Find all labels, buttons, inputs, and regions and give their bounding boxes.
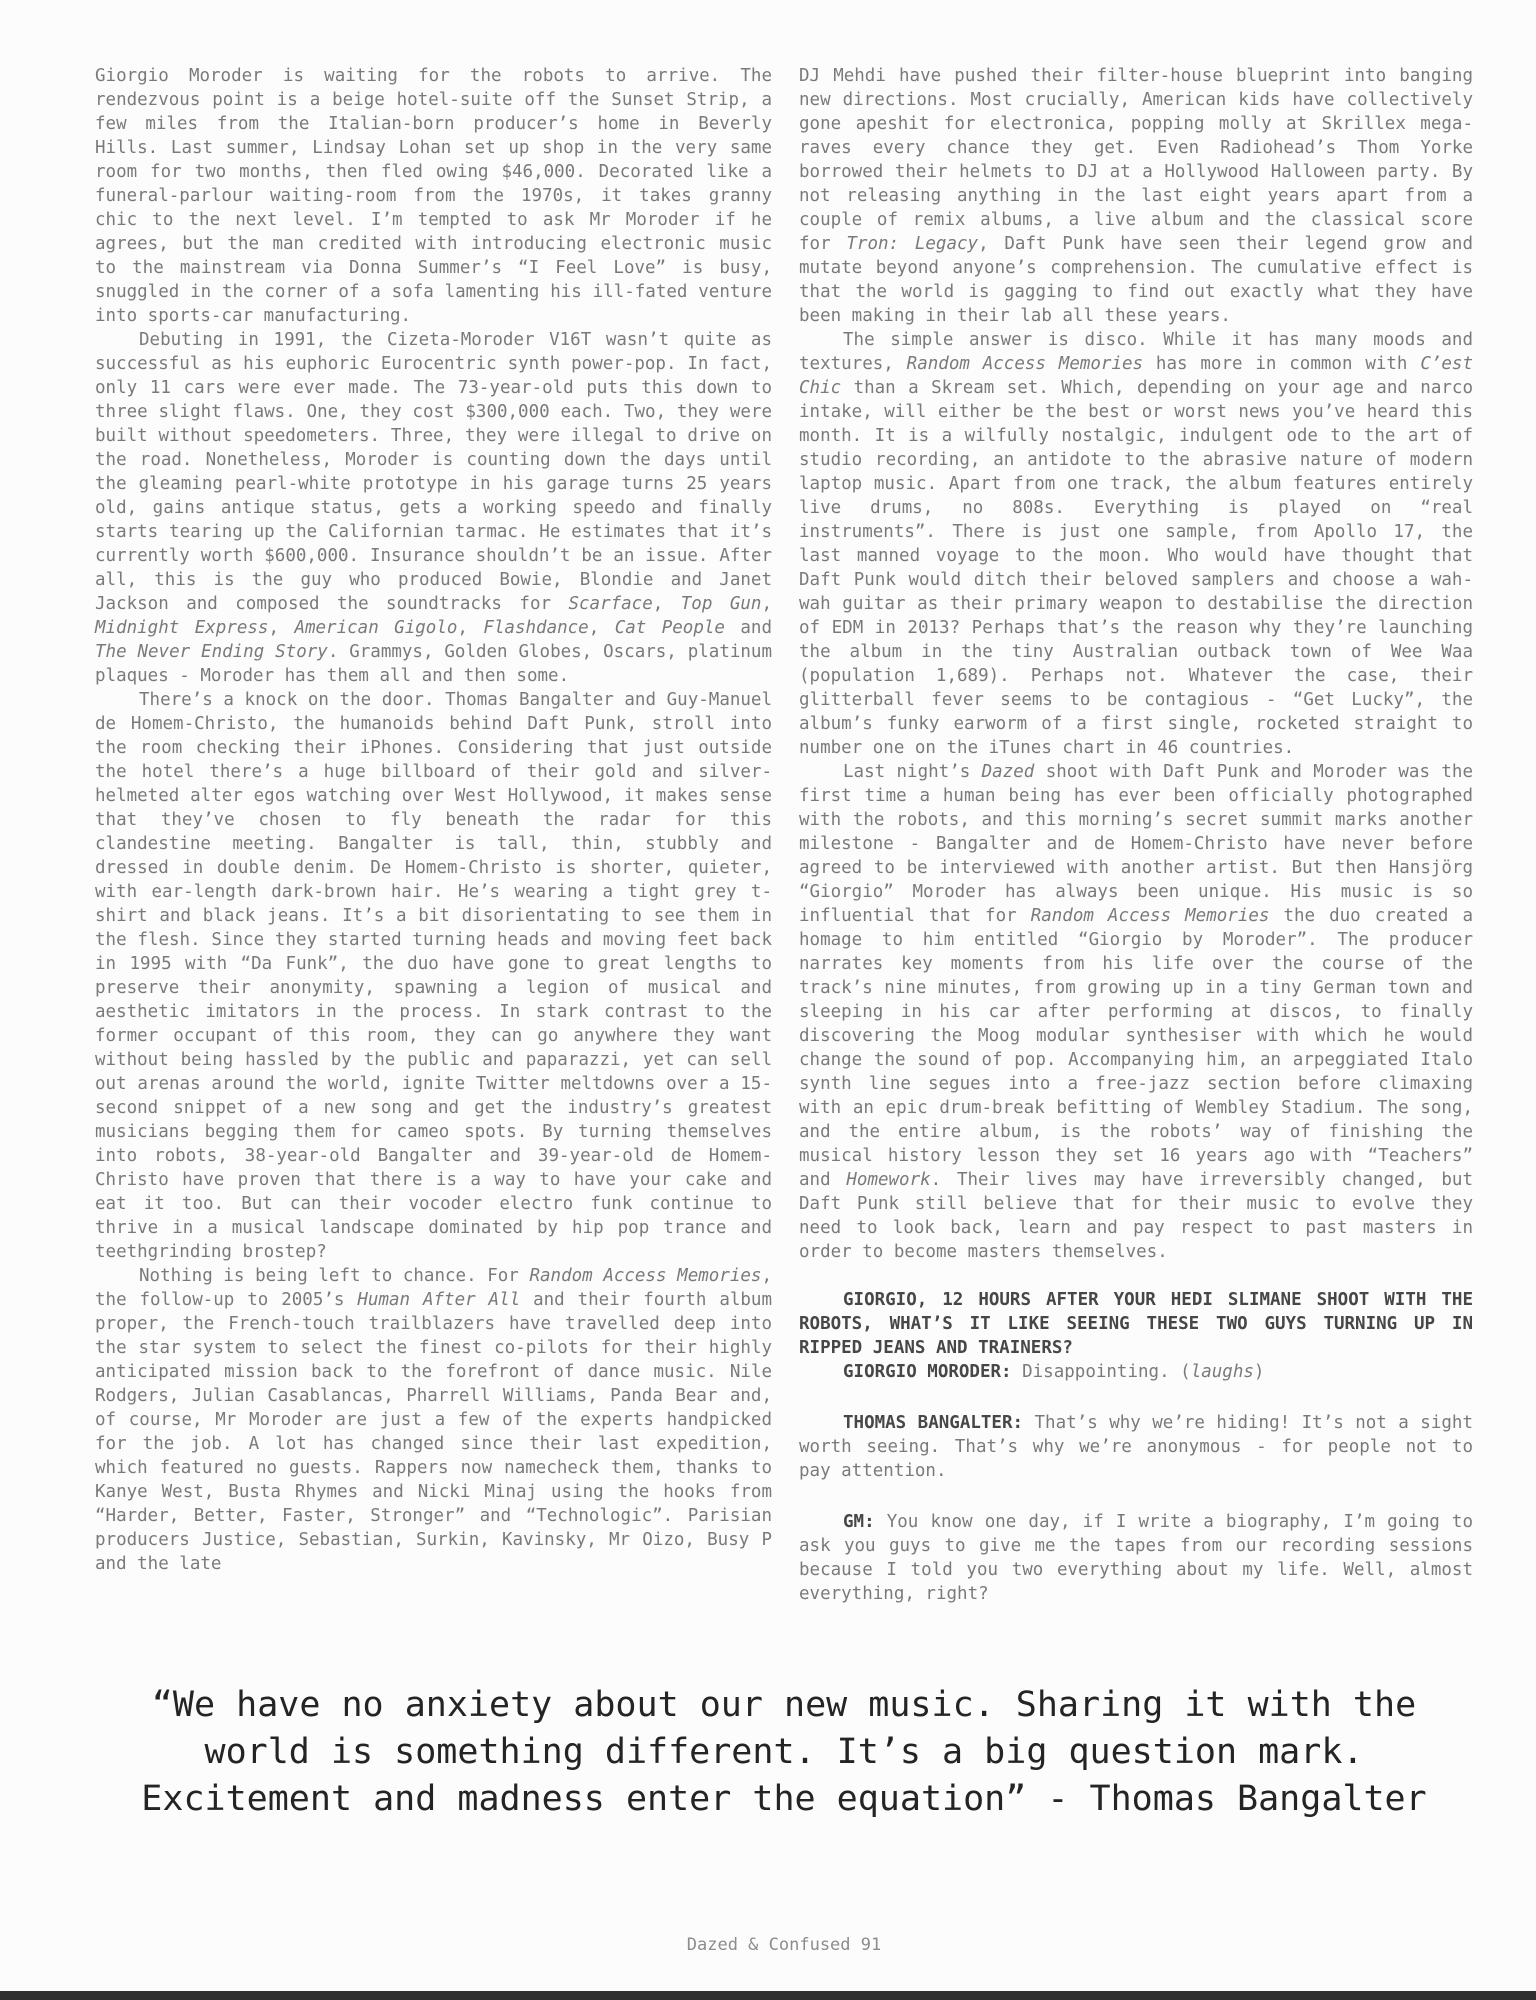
article-paragraph: Giorgio Moroder is waiting for the robot… — [95, 64, 772, 328]
pull-quote-line: world is something different. It’s a big… — [95, 1729, 1473, 1776]
article-paragraph: DJ Mehdi have pushed their filter-house … — [799, 64, 1473, 328]
article-paragraph: Nothing is being left to chance. For Ran… — [95, 1264, 772, 1576]
article-paragraph: Last night’s Dazed shoot with Daft Punk … — [799, 760, 1473, 1264]
pull-quote: “We have no anxiety about our new music.… — [95, 1682, 1473, 1823]
interview-paragraph: GM: You know one day, if I write a biogr… — [799, 1510, 1473, 1606]
interview-section: GIORGIO, 12 HOURS AFTER YOUR HEDI SLIMAN… — [799, 1288, 1473, 1606]
page-bottom-edge — [0, 1991, 1536, 2000]
magazine-page: Giorgio Moroder is waiting for the robot… — [0, 0, 1536, 2000]
interview-paragraph: THOMAS BANGALTER: That’s why we’re hidin… — [799, 1411, 1473, 1483]
pull-quote-line: “We have no anxiety about our new music.… — [95, 1682, 1473, 1729]
article-paragraph: Debuting in 1991, the Cizeta-Moroder V16… — [95, 328, 772, 688]
article-paragraph: There’s a knock on the door. Thomas Bang… — [95, 688, 772, 1264]
article-column-right: DJ Mehdi have pushed their filter-house … — [799, 64, 1473, 1606]
article-paragraph: The simple answer is disco. While it has… — [799, 328, 1473, 760]
page-footer: Dazed & Confused 91 — [95, 1934, 1473, 1956]
pull-quote-line: Excitement and madness enter the equatio… — [95, 1776, 1473, 1823]
interview-paragraph: GIORGIO, 12 HOURS AFTER YOUR HEDI SLIMAN… — [799, 1288, 1473, 1360]
article-column-left: Giorgio Moroder is waiting for the robot… — [95, 64, 772, 1606]
article-body: Giorgio Moroder is waiting for the robot… — [95, 64, 1473, 1606]
interview-paragraph: GIORGIO MORODER: Disappointing. (laughs) — [799, 1360, 1473, 1384]
article-column-right-text: DJ Mehdi have pushed their filter-house … — [799, 64, 1473, 1264]
